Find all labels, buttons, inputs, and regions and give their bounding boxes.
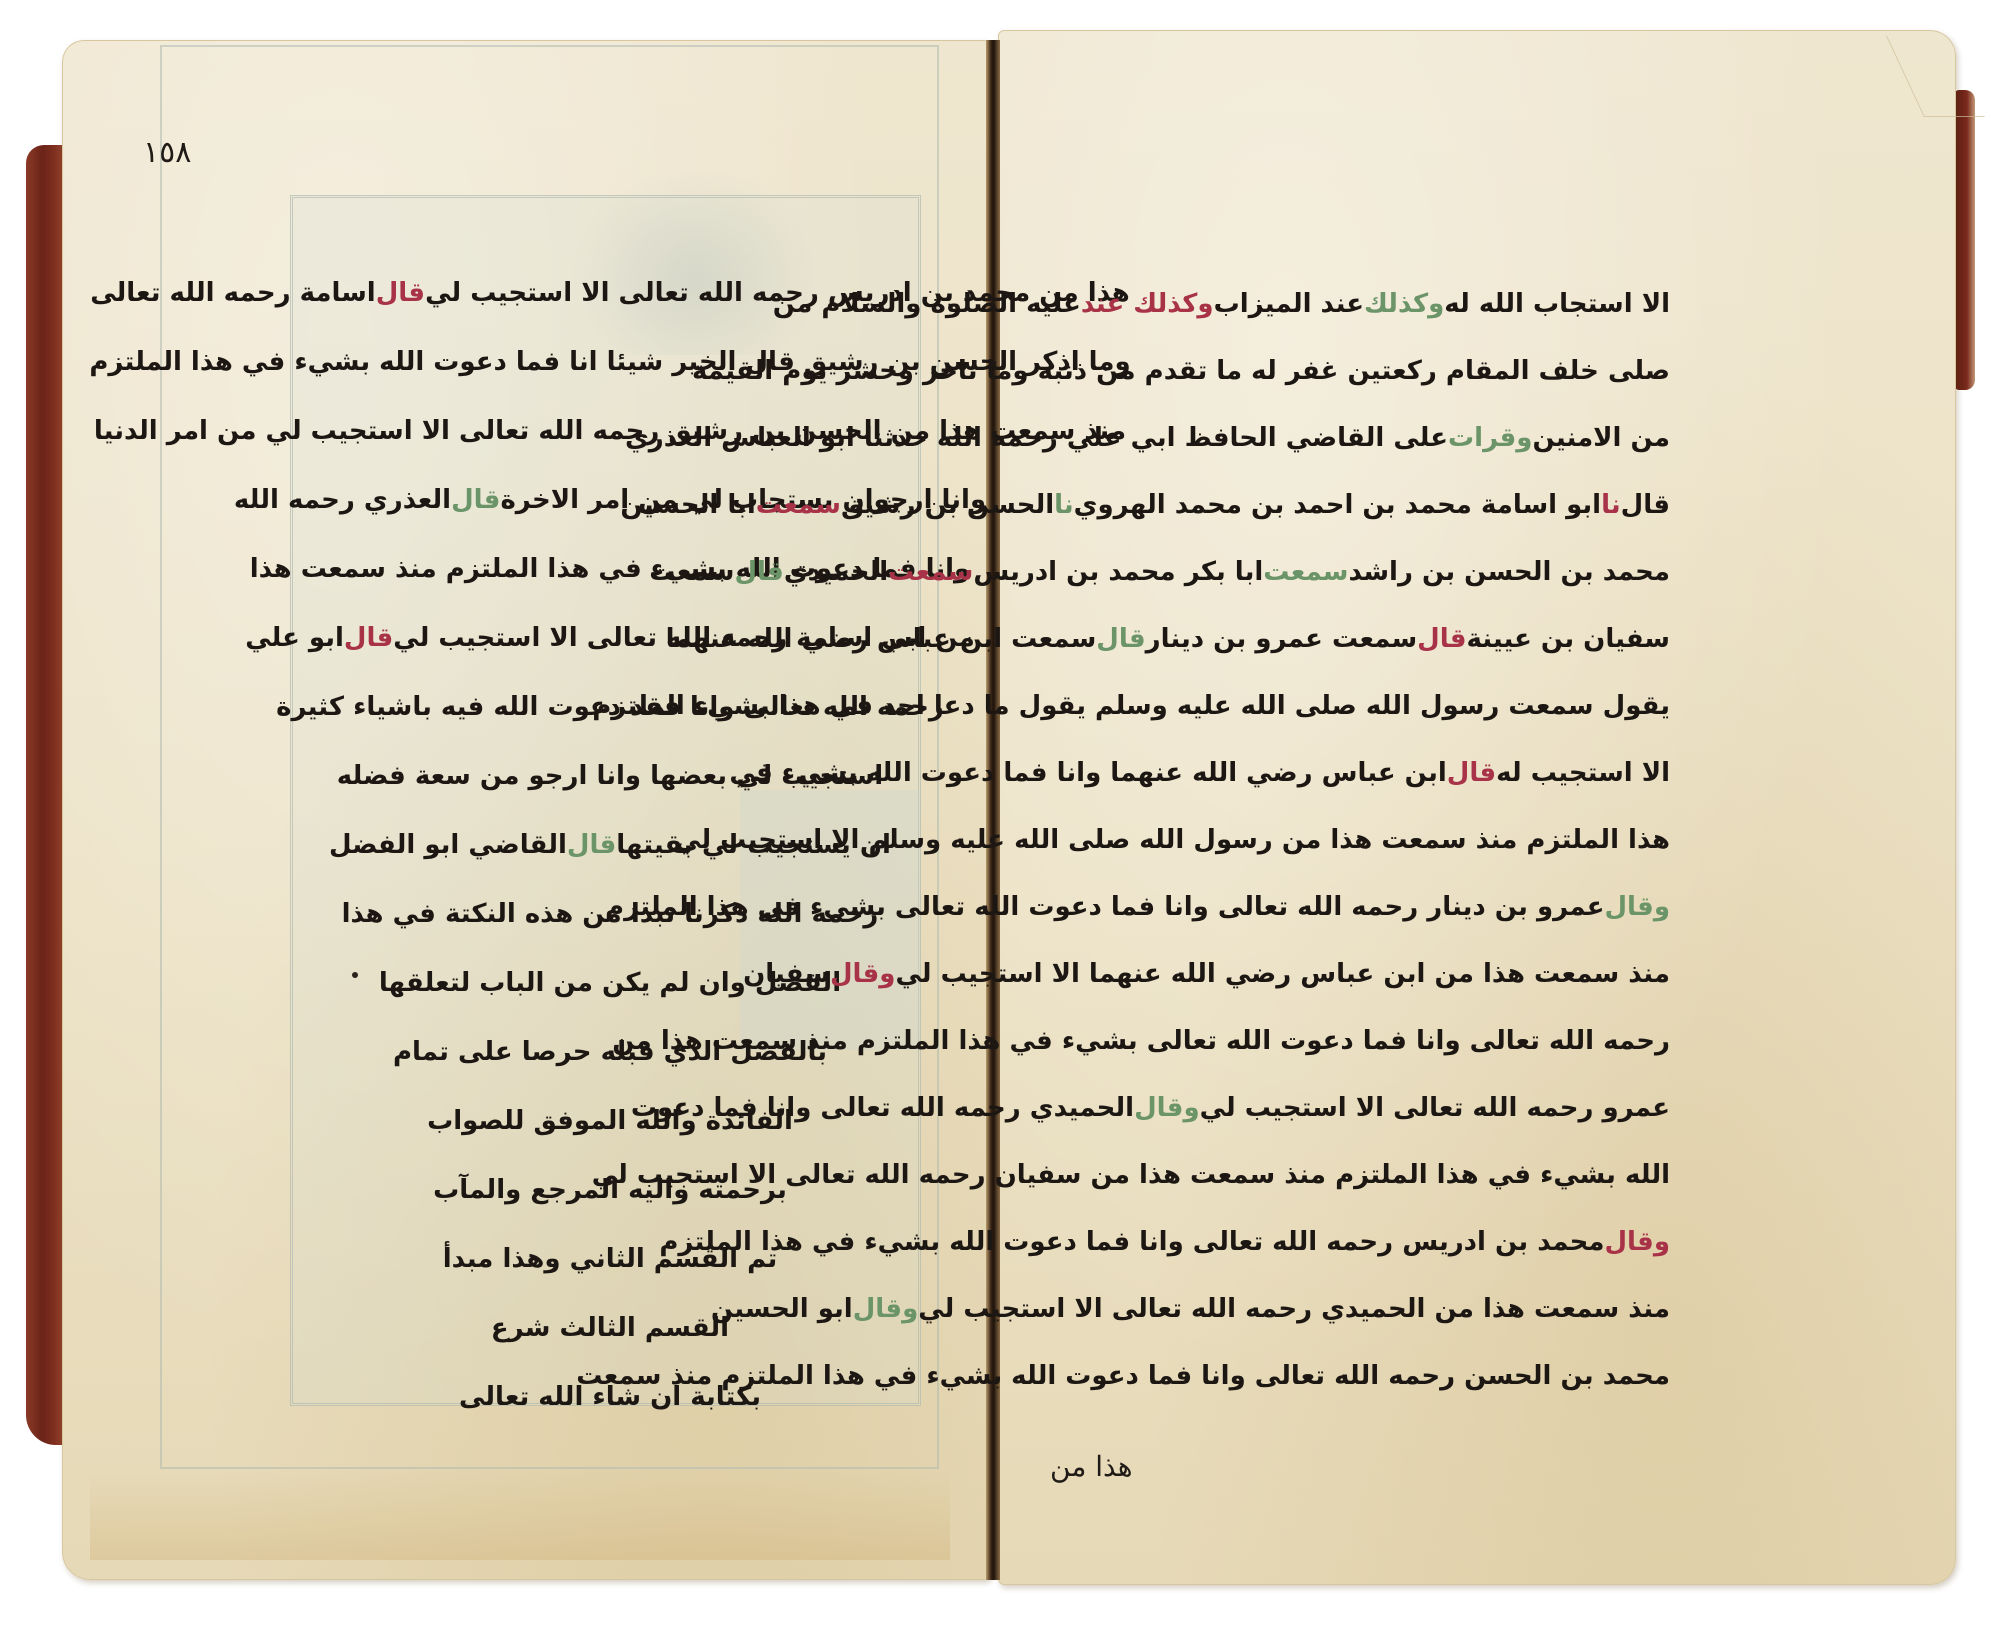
text-segment: صلى خلف المقام ركعتين غفر له ما تقدم من … — [692, 356, 1670, 386]
text-segment: الله بشيء في هذا الملتزم منذ سمعت هذا من… — [592, 1160, 1670, 1190]
right-page-text: الا استجاب الله له وكذلك عند الميزاب وكذ… — [1095, 270, 1670, 1409]
text-segment: عند الميزاب — [1214, 289, 1364, 319]
text-segment: ابا بكر محمد بن ادريس — [973, 557, 1263, 587]
folio-number: ١٥٨ — [143, 135, 191, 170]
text-line: وقال عمرو بن دينار رحمه الله تعالى وانا … — [1095, 873, 1670, 940]
text-segment: الا استجاب الله له — [1444, 289, 1670, 319]
text-segment: القسم الثالث شرع — [491, 1313, 729, 1343]
text-segment: سمعت — [649, 557, 734, 587]
text-line: من الامنين وقرات على القاضي الحافظ ابي ع… — [1095, 404, 1670, 471]
rubric-green: وقال — [1134, 1093, 1200, 1123]
text-segment: العذري رحمه الله — [234, 485, 451, 515]
rubric-red: قال — [1447, 758, 1496, 788]
text-line: صلى خلف المقام ركعتين غفر له ما تقدم من … — [1095, 337, 1670, 404]
text-segment: على القاضي الحافظ ابي علي رحمه الله حدثن… — [625, 423, 1448, 453]
text-segment: هذا الملتزم منذ سمعت هذا من رسول الله صل… — [675, 825, 1670, 855]
leather-binding-right — [1955, 90, 1975, 390]
text-segment: محمد بن الحسن بن راشد — [1348, 557, 1670, 587]
rubric-red: وقال — [1604, 1227, 1670, 1257]
text-segment: منذ سمعت هذا من الحميدي رحمه الله تعالى … — [918, 1294, 1670, 1324]
text-segment: القاضي ابو الفضل — [329, 830, 567, 860]
rubric-green: وقال — [1604, 892, 1670, 922]
rubric-red: نا — [1601, 490, 1621, 520]
text-line: يقول سمعت رسول الله صلى الله عليه وسلم ي… — [1095, 672, 1670, 739]
text-segment: الحسن بن رشيق — [841, 490, 1054, 520]
text-segment: سمعت عمرو بن دينار — [1146, 624, 1418, 654]
text-segment: ابو علي — [245, 623, 344, 653]
text-segment: عليه الصلوة والسلام من — [773, 289, 1081, 319]
text-line: سفيان بن عيينة قال سمعت عمرو بن دينار قا… — [1095, 605, 1670, 672]
rubric-green: وكذلك — [1364, 289, 1444, 319]
text-segment: ابو اسامة محمد بن احمد بن محمد الهروي — [1074, 490, 1601, 520]
rubric-red: سمعت — [888, 557, 973, 587]
text-segment: سفيان بن عيينة — [1467, 624, 1670, 654]
catchword: هذا من — [1050, 1450, 1132, 1483]
rubric-red: قال — [1417, 624, 1466, 654]
rubric-red: وقال — [830, 959, 896, 989]
text-segment: سمعت ابن عباس رضي الله عنهما — [666, 624, 1097, 654]
book-gutter — [986, 40, 1000, 1580]
text-line: قال نا ابو اسامة محمد بن احمد بن محمد ال… — [1095, 471, 1670, 538]
text-line: منذ سمعت هذا من الحميدي رحمه الله تعالى … — [1095, 1275, 1670, 1342]
text-segment: ابو الحسين — [711, 1294, 853, 1324]
text-segment: ابا الحسين — [620, 490, 755, 520]
rubric-green: وقرات — [1448, 423, 1532, 453]
rubric-red: قال — [344, 623, 393, 653]
rubric-green: سمعت — [1263, 557, 1348, 587]
open-manuscript: ١٥٨ هذا من محمد بن ادريس رحمه الله تعالى… — [0, 0, 2000, 1631]
rubric-green: قال — [451, 485, 500, 515]
rubric-green: نا — [1054, 490, 1074, 520]
rubric-red: قال — [376, 278, 425, 308]
text-line: الا استجاب الله له وكذلك عند الميزاب وكذ… — [1095, 270, 1670, 337]
rubric-red: وكذلك عند — [1081, 289, 1214, 319]
text-segment: ابن عباس رضي الله عنهما وانا فما دعوت ال… — [729, 758, 1446, 788]
text-line: منذ سمعت هذا من ابن عباس رضي الله عنهما … — [1095, 940, 1670, 1007]
text-segment: محمد بن ادريس رحمه الله تعالى وانا فما د… — [659, 1227, 1604, 1257]
text-segment: سفيان — [743, 959, 830, 989]
rubric-red: سمعت — [756, 490, 841, 520]
text-line: وقال محمد بن ادريس رحمه الله تعالى وانا … — [1095, 1208, 1670, 1275]
rubric-green: قال — [1096, 624, 1145, 654]
text-line: محمد بن الحسن رحمه الله تعالى وانا فما د… — [1095, 1342, 1670, 1409]
text-segment: محمد بن الحسن رحمه الله تعالى وانا فما د… — [576, 1361, 1670, 1391]
text-segment: عمرو بن دينار رحمه الله تعالى وانا فما د… — [605, 892, 1604, 922]
text-segment: عمرو رحمه الله تعالى الا استجيب لي — [1200, 1093, 1670, 1123]
water-stain — [90, 1470, 950, 1560]
text-segment: منذ سمعت هذا من ابن عباس رضي الله عنهما … — [895, 959, 1670, 989]
text-line: الا استجيب له قال ابن عباس رضي الله عنهم… — [1095, 739, 1670, 806]
text-segment: يقول سمعت رسول الله صلى الله عليه وسلم ي… — [592, 691, 1670, 721]
rubric-green: قال — [567, 830, 616, 860]
text-segment: الحميدي — [784, 557, 888, 587]
text-line: عمرو رحمه الله تعالى الا استجيب لي وقال … — [1095, 1074, 1670, 1141]
text-line: رحمه الله تعالى وانا فما دعوت الله تعالى… — [1095, 1007, 1670, 1074]
text-line: هذا الملتزم منذ سمعت هذا من رسول الله صل… — [1095, 806, 1670, 873]
text-segment: رحمه الله تعالى وانا فما دعوت الله تعالى… — [612, 1026, 1670, 1056]
rubric-green: قال — [734, 557, 783, 587]
rubric-green: وقال — [853, 1294, 919, 1324]
text-segment: من الامنين — [1532, 423, 1670, 453]
leather-binding-left — [26, 145, 66, 1445]
text-line: الله بشيء في هذا الملتزم منذ سمعت هذا من… — [1095, 1141, 1670, 1208]
text-line: محمد بن الحسن بن راشد سمعت ابا بكر محمد … — [1095, 538, 1670, 605]
text-segment: قال — [1621, 490, 1670, 520]
text-segment: الحميدي رحمه الله تعالى وانا فما دعوت — [631, 1093, 1134, 1123]
text-segment: اسامة رحمه الله تعالى — [90, 278, 376, 308]
text-segment: الا استجيب له — [1496, 758, 1670, 788]
